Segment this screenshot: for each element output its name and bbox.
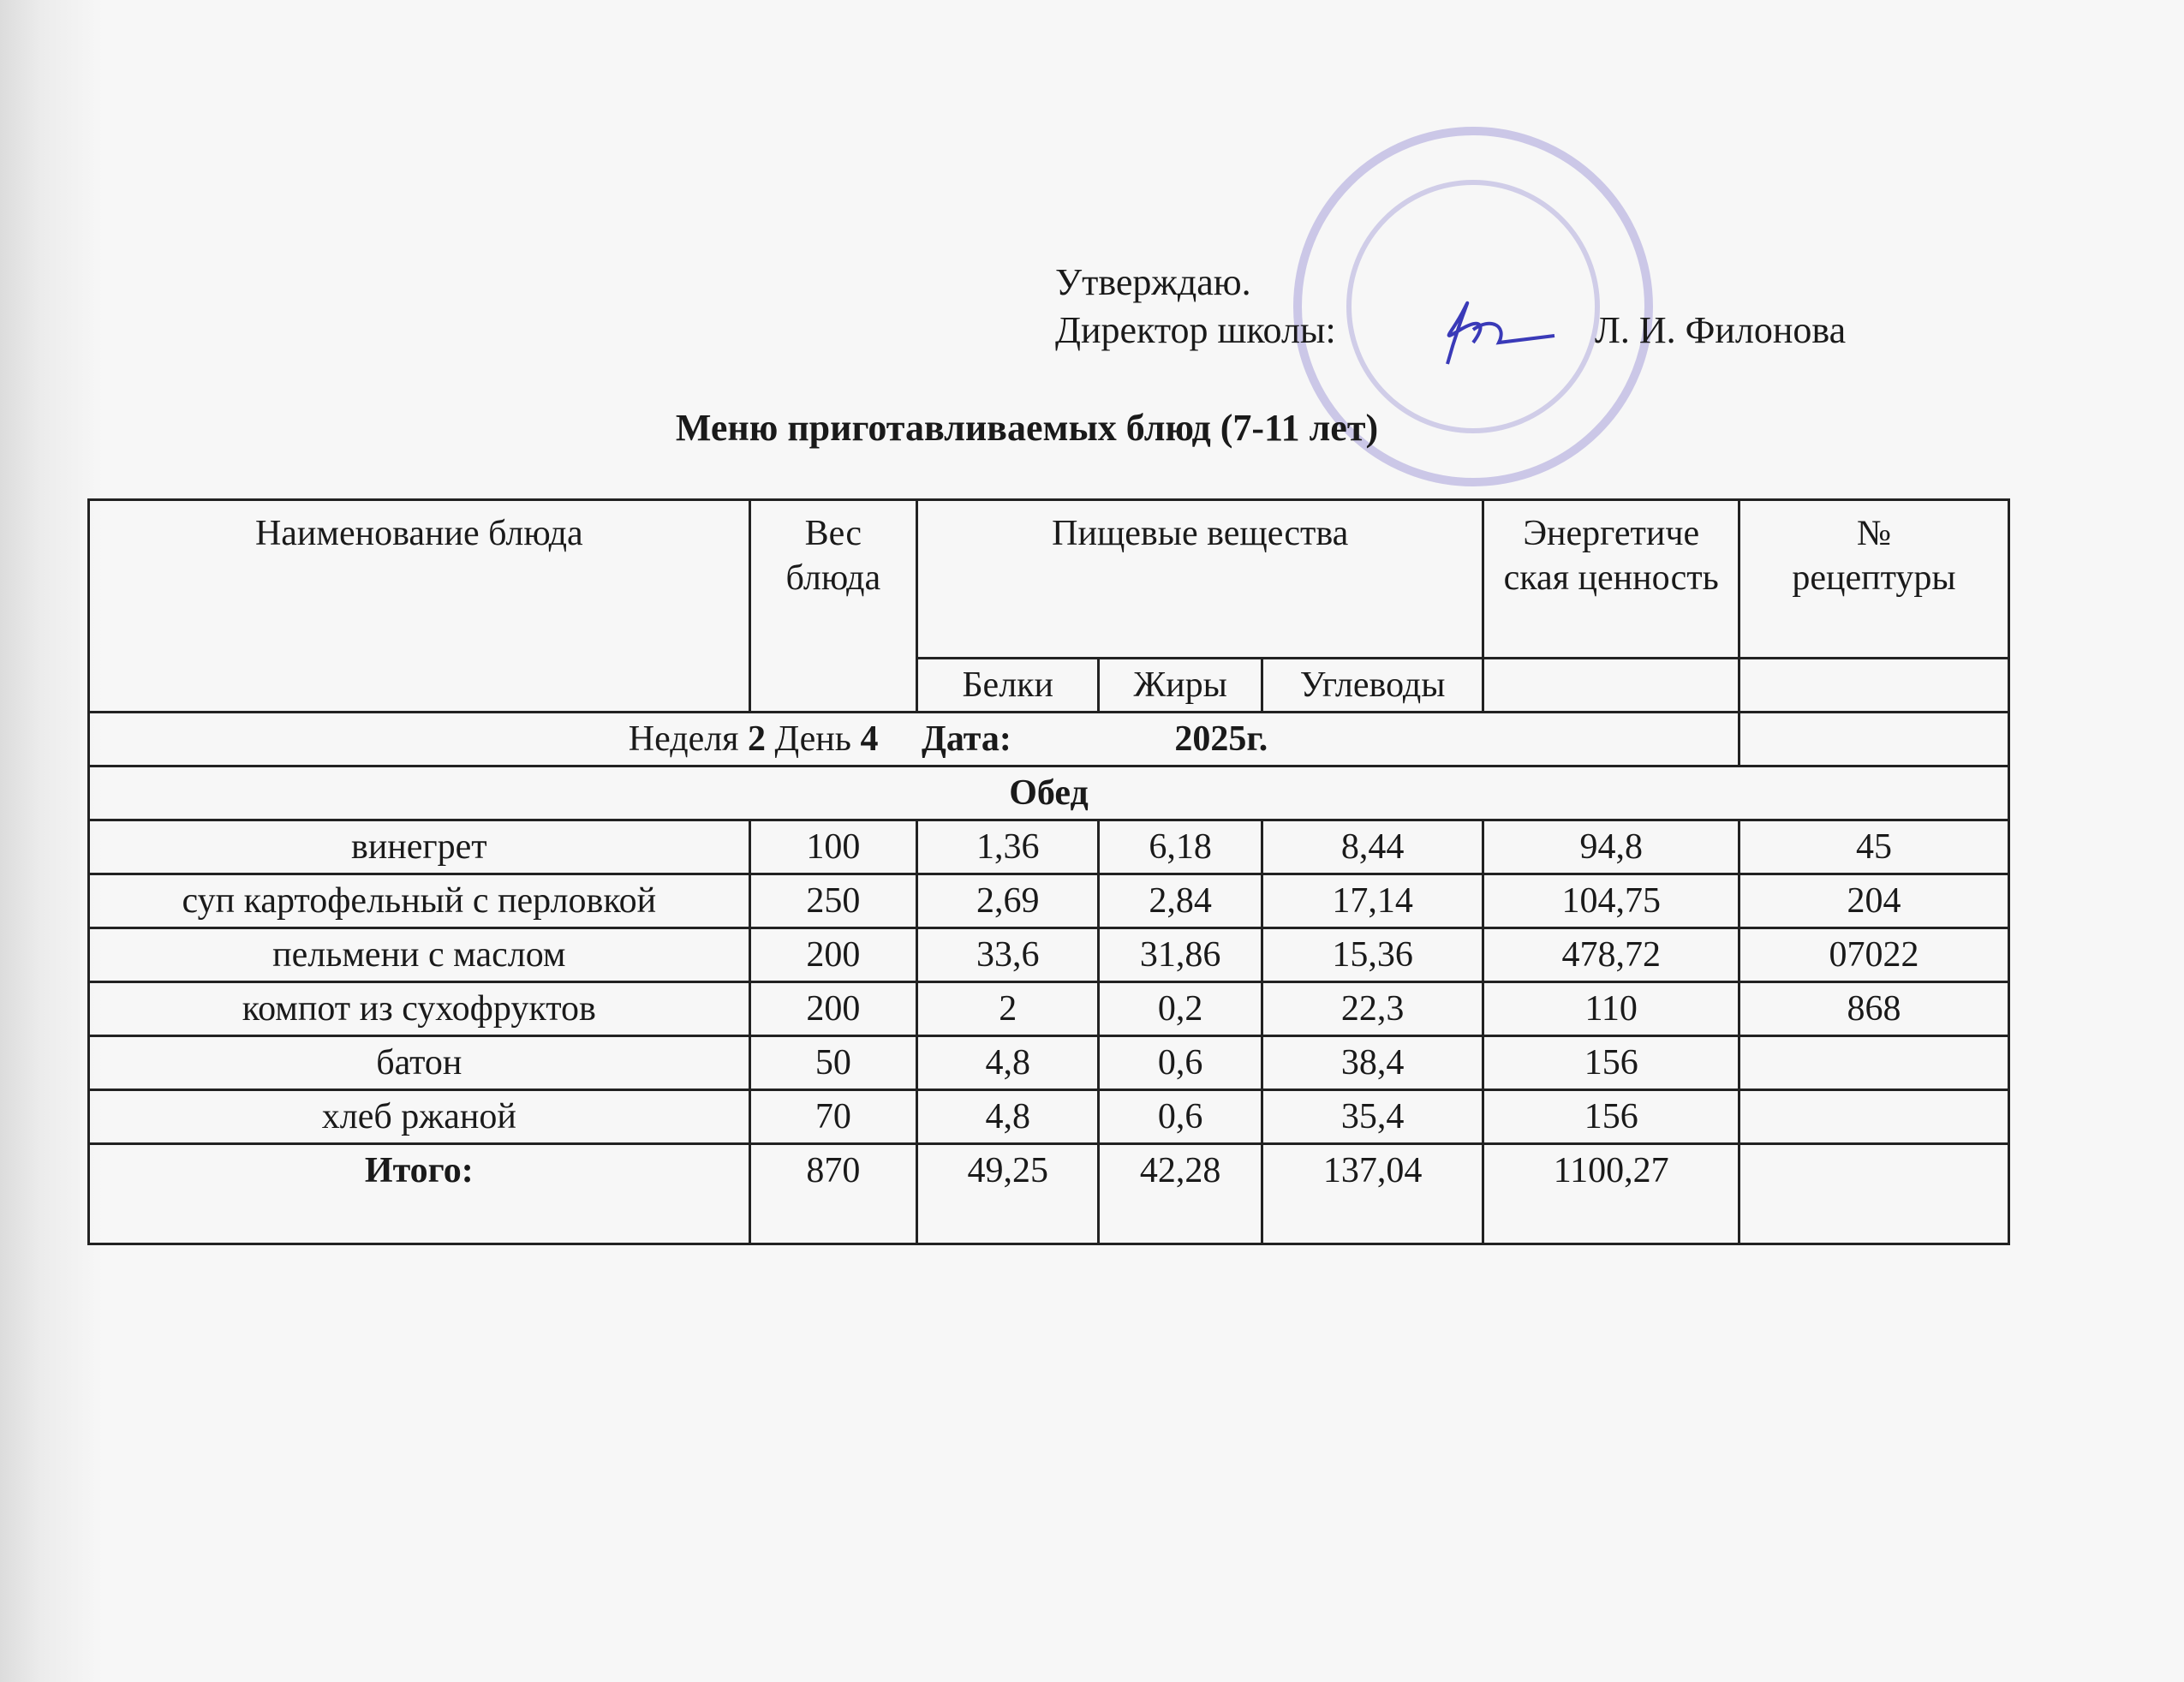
total-energy: 1100,27	[1483, 1144, 1739, 1244]
cell-weight: 70	[749, 1090, 916, 1144]
cell-fat: 0,6	[1099, 1090, 1262, 1144]
cell-fat: 0,2	[1099, 982, 1262, 1036]
document-title: Меню приготавливаемых блюд (7-11 лет)	[0, 406, 2184, 450]
menu-table: Наименование блюда Вес блюда Пищевые вещ…	[87, 498, 2010, 1245]
cell-recipe: 07022	[1739, 928, 2009, 982]
cell-name: компот из сухофруктов	[89, 982, 750, 1036]
header-recipe-empty	[1739, 659, 2009, 713]
cell-carbs: 17,14	[1262, 874, 1483, 928]
period-row: Неделя 2 День 4 Дата: 2025г.	[89, 713, 2009, 766]
cell-energy: 110	[1483, 982, 1739, 1036]
cell-fat: 2,84	[1099, 874, 1262, 928]
cell-weight: 200	[749, 982, 916, 1036]
cell-recipe: 868	[1739, 982, 2009, 1036]
total-recipe	[1739, 1144, 2009, 1244]
cell-name: батон	[89, 1036, 750, 1090]
director-name: Л. И. Филонова	[1595, 307, 1846, 355]
cell-name: пельмени с маслом	[89, 928, 750, 982]
cell-carbs: 35,4	[1262, 1090, 1483, 1144]
day-number: 4	[860, 719, 878, 759]
header-weight: Вес блюда	[749, 500, 916, 713]
cell-weight: 200	[749, 928, 916, 982]
header-row: Наименование блюда Вес блюда Пищевые вещ…	[89, 500, 2009, 659]
approval-block: Утверждаю. Директор школы: Л. И. Филонов…	[1055, 259, 1846, 355]
date-year: 2025г.	[1174, 719, 1268, 759]
total-carbs: 137,04	[1262, 1144, 1483, 1244]
cell-energy: 156	[1483, 1036, 1739, 1090]
date-label: Дата:	[922, 719, 1011, 759]
table-row: суп картофельный с перловкой2502,692,841…	[89, 874, 2009, 928]
cell-protein: 33,6	[917, 928, 1099, 982]
total-protein: 49,25	[917, 1144, 1099, 1244]
cell-carbs: 22,3	[1262, 982, 1483, 1036]
table-row: пельмени с маслом20033,631,8615,36478,72…	[89, 928, 2009, 982]
cell-fat: 31,86	[1099, 928, 1262, 982]
cell-energy: 94,8	[1483, 820, 1739, 874]
header-dish-name: Наименование блюда	[89, 500, 750, 713]
director-role: Директор школы:	[1055, 307, 1595, 355]
total-row: Итого: 870 49,25 42,28 137,04 1100,27	[89, 1144, 2009, 1244]
week-label: Неделя	[629, 719, 739, 759]
header-fat: Жиры	[1099, 659, 1262, 713]
approval-heading: Утверждаю.	[1055, 259, 1846, 307]
period-cell: Неделя 2 День 4 Дата: 2025г.	[89, 713, 1739, 766]
table-row: батон504,80,638,4156	[89, 1036, 2009, 1090]
cell-recipe: 45	[1739, 820, 2009, 874]
total-weight: 870	[749, 1144, 916, 1244]
cell-name: суп картофельный с перловкой	[89, 874, 750, 928]
header-recipe: № рецептуры	[1739, 500, 2009, 659]
cell-protein: 2,69	[917, 874, 1099, 928]
cell-recipe: 204	[1739, 874, 2009, 928]
cell-name: винегрет	[89, 820, 750, 874]
cell-weight: 250	[749, 874, 916, 928]
cell-recipe	[1739, 1036, 2009, 1090]
day-label: День	[775, 719, 851, 759]
cell-protein: 4,8	[917, 1090, 1099, 1144]
cell-weight: 50	[749, 1036, 916, 1090]
total-fat: 42,28	[1099, 1144, 1262, 1244]
header-protein: Белки	[917, 659, 1099, 713]
cell-protein: 1,36	[917, 820, 1099, 874]
table-row: винегрет1001,366,188,4494,845	[89, 820, 2009, 874]
cell-name: хлеб ржаной	[89, 1090, 750, 1144]
cell-protein: 2	[917, 982, 1099, 1036]
period-empty	[1739, 713, 2009, 766]
meal-title: Обед	[89, 766, 2009, 820]
cell-fat: 0,6	[1099, 1036, 1262, 1090]
cell-recipe	[1739, 1090, 2009, 1144]
week-number: 2	[748, 719, 766, 759]
header-carbs: Углеводы	[1262, 659, 1483, 713]
cell-protein: 4,8	[917, 1036, 1099, 1090]
cell-carbs: 38,4	[1262, 1036, 1483, 1090]
cell-energy: 156	[1483, 1090, 1739, 1144]
cell-fat: 6,18	[1099, 820, 1262, 874]
document-title-text: Меню приготавливаемых блюд (7-11 лет)	[676, 407, 1378, 449]
cell-weight: 100	[749, 820, 916, 874]
header-nutrients: Пищевые вещества	[917, 500, 1483, 659]
header-energy-empty	[1483, 659, 1739, 713]
table-row: компот из сухофруктов20020,222,3110868	[89, 982, 2009, 1036]
table-row: хлеб ржаной704,80,635,4156	[89, 1090, 2009, 1144]
meal-row: Обед	[89, 766, 2009, 820]
cell-energy: 104,75	[1483, 874, 1739, 928]
header-energy: Энергетиче ская ценность	[1483, 500, 1739, 659]
cell-carbs: 8,44	[1262, 820, 1483, 874]
cell-carbs: 15,36	[1262, 928, 1483, 982]
total-label: Итого:	[89, 1144, 750, 1244]
cell-energy: 478,72	[1483, 928, 1739, 982]
